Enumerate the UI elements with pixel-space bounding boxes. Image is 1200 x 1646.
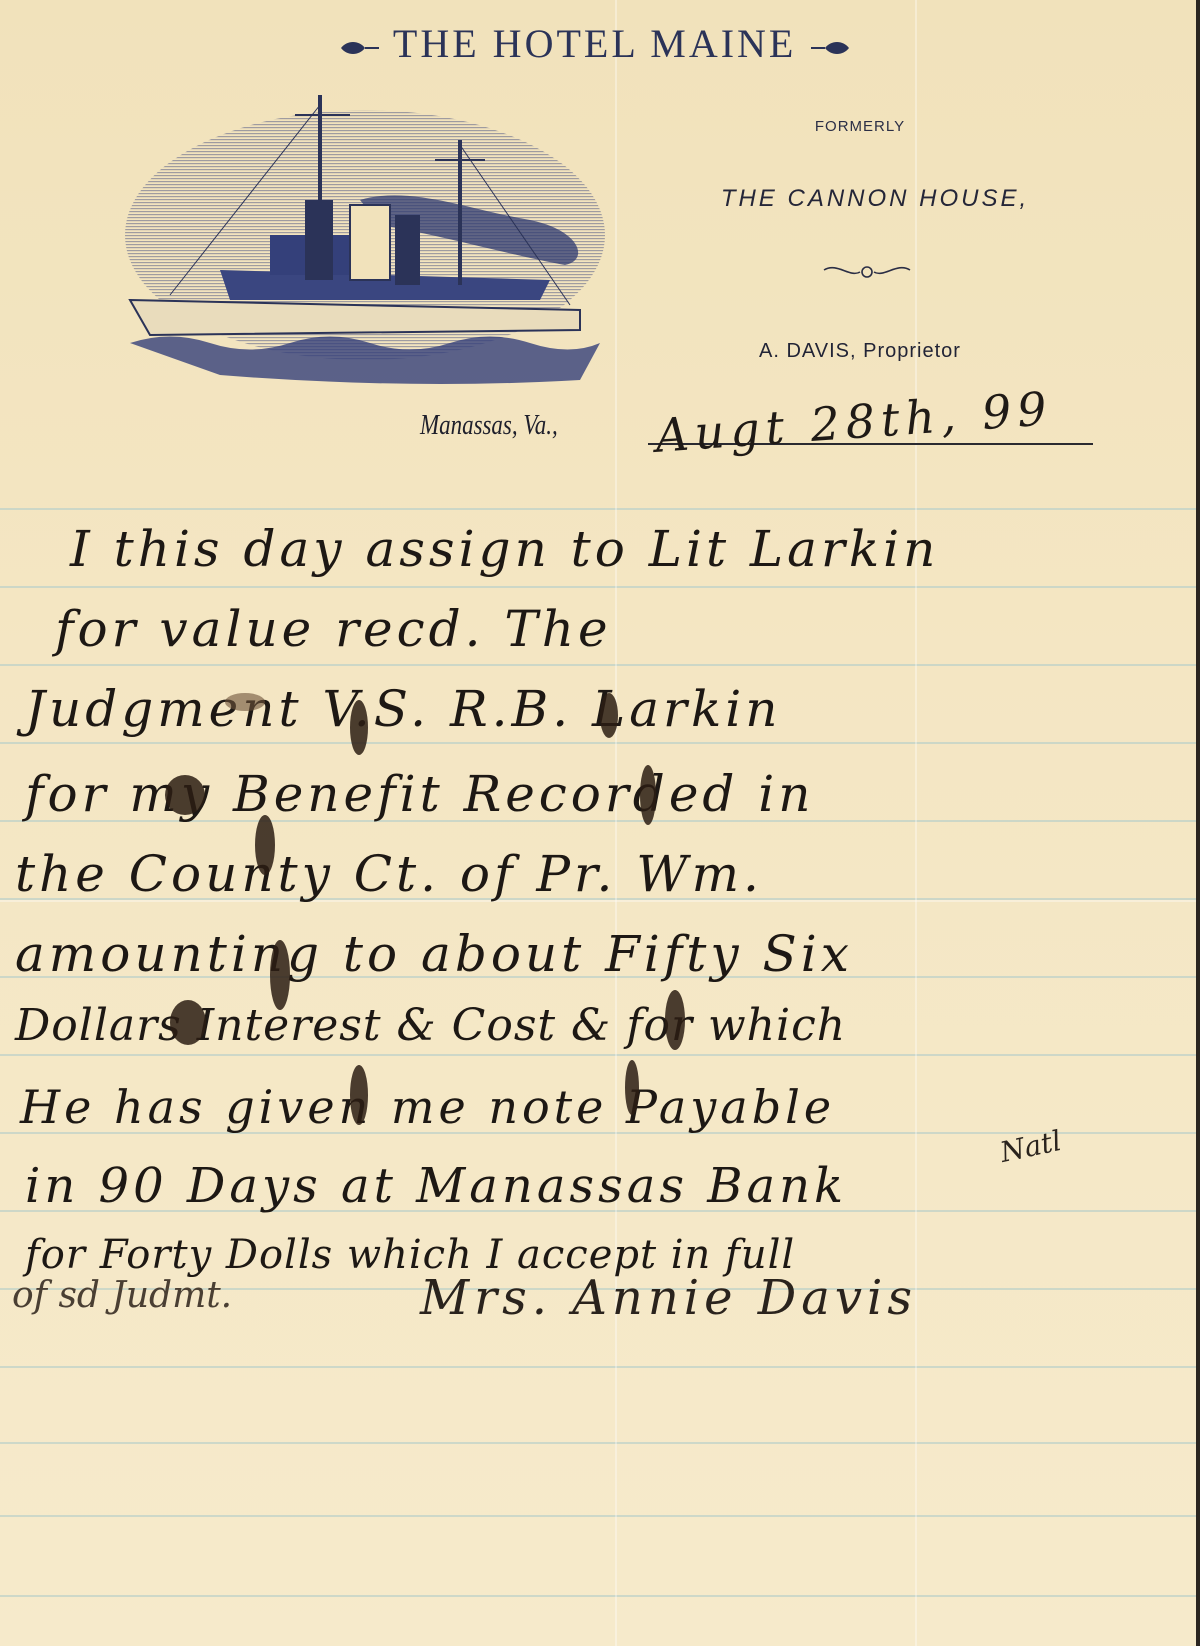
body-line: for my Benefit Recorded in bbox=[25, 765, 815, 823]
signature: Mrs. Annie Davis bbox=[420, 1270, 917, 1326]
handwritten-body: I this day assign to Lit Larkin for valu… bbox=[0, 0, 1196, 1646]
body-line: for value recd. The bbox=[55, 600, 612, 658]
body-line: Judgment V.S. R.B. Larkin bbox=[25, 680, 781, 738]
body-line: He has given me note Payable bbox=[20, 1080, 835, 1134]
letter-page: THE HOTEL MAINE FORMERLY THE bbox=[0, 0, 1200, 1646]
body-line: Dollars Interest & Cost & for which bbox=[15, 1000, 846, 1051]
body-line: in 90 Days at Manassas Bank bbox=[25, 1158, 847, 1214]
body-line: I this day assign to Lit Larkin bbox=[70, 520, 939, 578]
body-line: the County Ct. of Pr. Wm. bbox=[15, 845, 763, 903]
body-line: amounting to about Fifty Six bbox=[15, 925, 853, 983]
closing-fragment: of sd Judmt. bbox=[12, 1275, 232, 1316]
